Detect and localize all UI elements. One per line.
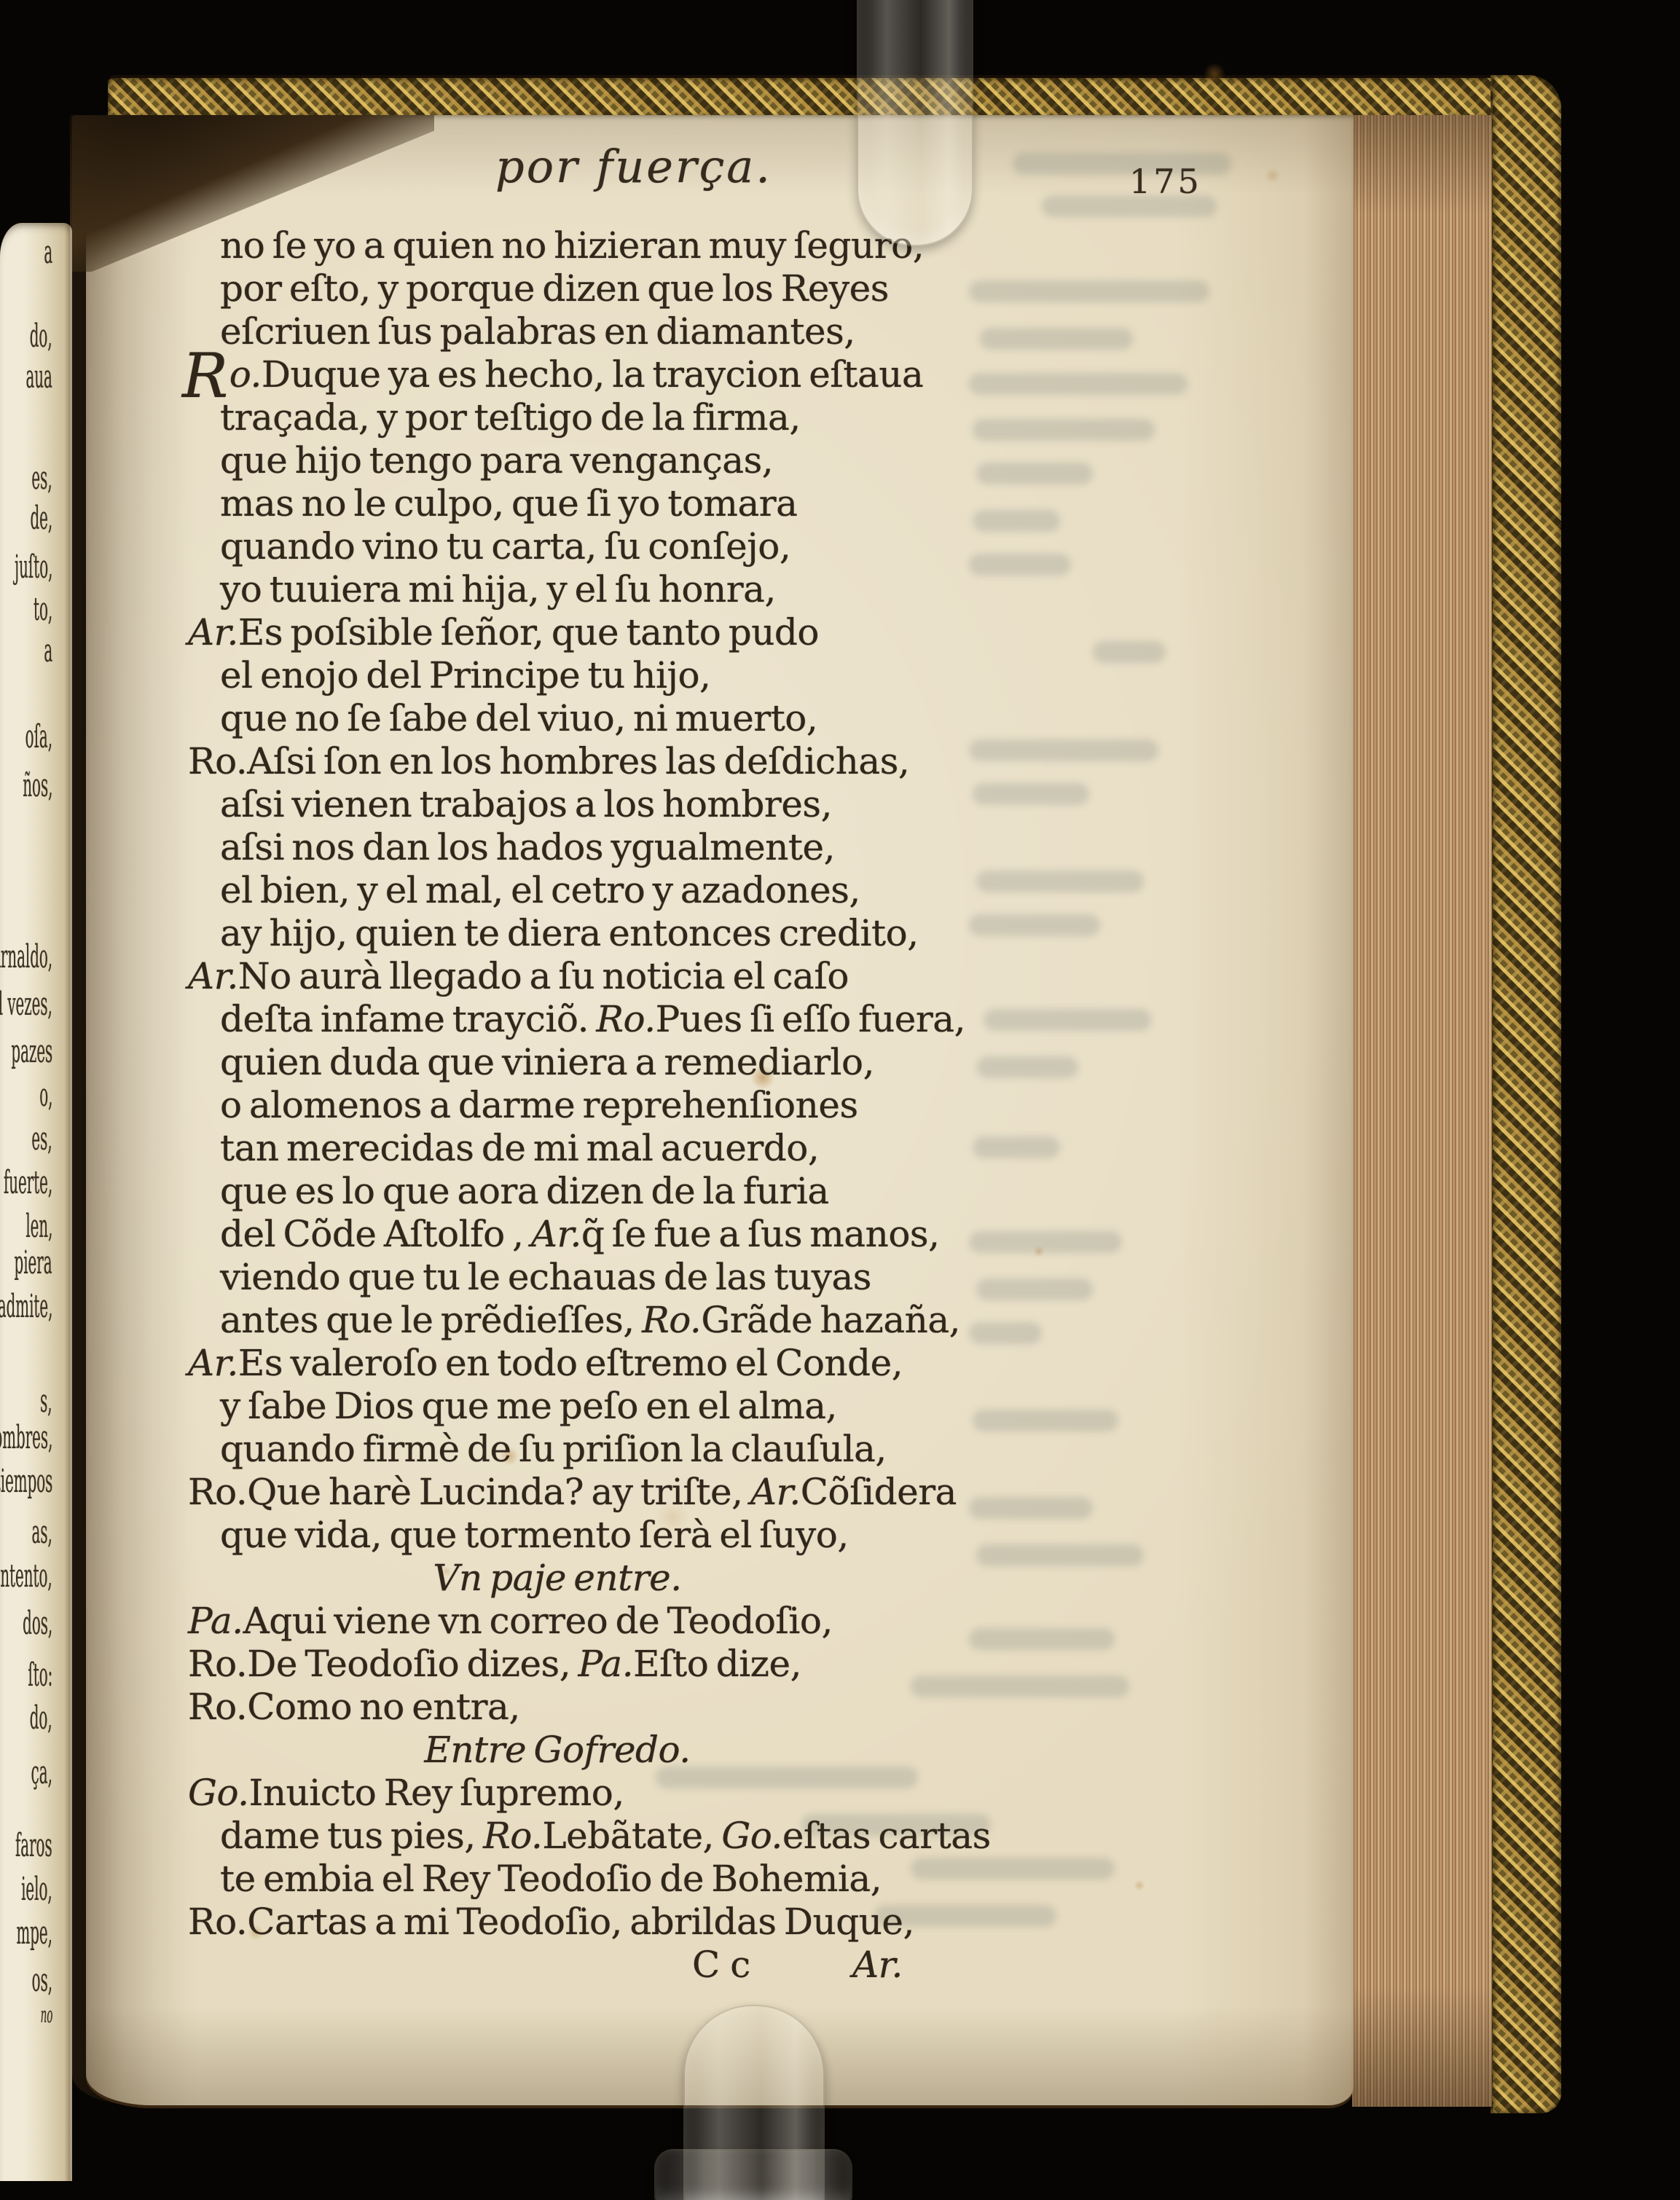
verse-line: o alomenos a darme reprehenſiones: [182, 1084, 1020, 1127]
book-fore-edge: [1352, 115, 1492, 2107]
facing-page-line-fragment: contento,: [0, 1560, 52, 1592]
verse-line: por eſto, y porque dizen que los Reyes: [182, 267, 1020, 310]
verse-text: tan merecidas de mi mal acuerdo,: [220, 1127, 819, 1169]
verse-text: Eſto dize,: [633, 1643, 801, 1685]
facing-page-line-fragment: len,: [25, 1211, 52, 1243]
ink-showthrough: [1093, 641, 1166, 663]
verse-text: o alomenos a darme reprehenſiones: [220, 1084, 858, 1126]
verse-text: Cartas a mi Teodoſio, abrildas Duque,: [247, 1901, 914, 1943]
foxing-spot: [1134, 1879, 1145, 1891]
verse-line: Go.Inuicto Rey ſupremo,: [182, 1772, 1020, 1815]
verse-line: aſsi nos dan los hados ygualmente,: [182, 826, 1020, 869]
verse-line: viendo que tu le echauas de las tuyas: [182, 1256, 1020, 1299]
verse-text: eſcriuen ſus palabras en diamantes,: [220, 310, 855, 353]
verse-text: Ro.: [188, 1643, 247, 1685]
verse-line: que no ſe ſabe del viuo, ni muerto,: [182, 697, 1020, 740]
verse-line: quando vino tu carta, ſu conſejo,: [182, 525, 1020, 568]
verse-text: No aurà llegado a ſu noticia el caſo: [238, 955, 849, 997]
facing-page-line-fragment: ſto:: [28, 1659, 52, 1692]
facing-page-line-fragment: o admite,: [0, 1291, 52, 1323]
facing-page-line-fragment: Arnaldo,: [0, 941, 52, 973]
verse-text: viendo que tu le echauas de las tuyas: [220, 1256, 871, 1298]
speaker-abbreviation: Ar.: [188, 955, 238, 997]
verse-line: y ſabe Dios que me peſo en el alma,: [182, 1385, 1020, 1428]
verse-text: que es lo que aora dizen de la furia: [220, 1170, 829, 1212]
verse-text: que hijo tengo para venganças,: [220, 439, 773, 482]
facing-page-line-fragment: ielo,: [21, 1874, 52, 1906]
verse-text: q̃ ſe fue a ſus manos,: [581, 1213, 940, 1255]
facing-page-line-fragment: faros: [15, 1830, 52, 1862]
verse-text: aſsi vienen trabajos a los hombres,: [220, 783, 832, 825]
verse-text: mas no le culpo, que ſi yo tomara: [220, 482, 798, 525]
verse-line: del Cõde Aſtolfo , Ar.q̃ ſe fue a ſus ma…: [182, 1213, 1020, 1256]
verse-line: traçada, y por teſtigo de la firma,: [182, 396, 1020, 439]
stage-direction: Entre Gofredo.: [182, 1729, 1020, 1772]
verse-line: dame tus pies, Ro.Lebãtate, Go.eſtas car…: [182, 1815, 1020, 1858]
verse-text: el enojo del Principe tu hijo,: [220, 654, 710, 696]
verse-line: el enojo del Principe tu hijo,: [182, 654, 1020, 697]
verse-text: ay hijo, quien te diera entonces credito…: [220, 912, 919, 954]
verse-text: que vida, que tormento ſerà el ſuyo,: [220, 1514, 849, 1556]
verse-text: Inuicto Rey ſupremo,: [249, 1772, 624, 1814]
verse-line: yo tuuiera mi hija, y el ſu honra,: [182, 568, 1020, 611]
facing-page-line-fragment: piera: [15, 1247, 52, 1279]
speaker-abbreviation: Go.: [188, 1772, 249, 1814]
facing-page-line-fragment: a: [44, 635, 52, 667]
facing-page-line-fragment: ça,: [31, 1757, 52, 1789]
facing-page-line-fragment: aua: [26, 361, 52, 393]
verse-text: Grãde hazaña,: [701, 1299, 960, 1341]
verse-text: quando vino tu carta, ſu conſejo,: [220, 525, 790, 567]
facing-page-line-fragment: oſa,: [25, 721, 52, 753]
speaker-abbreviation: Ro.: [642, 1299, 701, 1341]
facing-page-line-fragment: es,: [32, 463, 52, 495]
verse-line: Ro.Duque ya es hecho, la traycion eſtaua: [182, 353, 1020, 396]
verse-text: Ro.: [188, 1686, 247, 1728]
verse-line: el bien, y el mal, el cetro y azadones,: [182, 869, 1020, 912]
speaker-abbreviation: Pa.: [188, 1600, 243, 1642]
verse-line: eſcriuen ſus palabras en diamantes,: [182, 310, 1020, 353]
verse-line: tan merecidas de mi mal acuerdo,: [182, 1127, 1020, 1170]
verse-line: aſsi vienen trabajos a los hombres,: [182, 783, 1020, 826]
verse-line: Ar.Es poſsible ſeñor, que tanto pudo: [182, 611, 1020, 654]
book-cradle-strap-top: [857, 0, 973, 246]
signature-catchword-line: CcAr.: [182, 1944, 1020, 1987]
verse-line: que hijo tengo para venganças,: [182, 439, 1020, 482]
verse-text: Duque ya es hecho, la traycion eſtaua: [262, 353, 923, 396]
verse-text: no ſe yo a quien no hizieran muy ſeguro,: [220, 224, 924, 267]
verse-text: por eſto, y porque dizen que los Reyes: [220, 267, 889, 310]
verse-text: te embia el Rey Teodoſio de Bohemia,: [220, 1858, 882, 1900]
verse-text: Aſsi ſon en los hombres las deſdichas,: [247, 740, 909, 782]
facing-page-line-fragment: pazes: [11, 1036, 52, 1068]
speaker-abbreviation: Go.: [721, 1815, 782, 1857]
verse-text: y ſabe Dios que me peſo en el alma,: [220, 1385, 837, 1427]
verse-text: traçada, y por teſtigo de la firma,: [220, 396, 801, 439]
speaker-abbreviation: Ro.: [483, 1815, 542, 1857]
facing-page-line-fragment: hombres,: [0, 1422, 52, 1454]
book-photograph: ado,auaes,de,juſto,to,aoſa,ños,Arnaldo,i…: [0, 0, 1680, 2200]
foxing-spot: [1033, 1246, 1045, 1257]
signature-mark: Cc: [692, 1944, 761, 1987]
verse-text: dame tus pies,: [220, 1815, 483, 1857]
gilt-binding-border-top: [108, 75, 1507, 119]
speaker-abbreviation: Ar.: [188, 1342, 238, 1384]
verse-line: deſta infame trayciõ. Ro.Pues ſi eſſo fu…: [182, 998, 1020, 1041]
verse-text: Lebãtate,: [542, 1815, 721, 1857]
facing-page-line-fragment: do,: [30, 321, 52, 353]
verse-line: Ro.Que harè Lucinda? ay triſte, Ar.Cõſid…: [182, 1471, 1020, 1514]
verse-text: Que harè Lucinda? ay triſte,: [247, 1471, 750, 1513]
facing-page-line-fragment: s,: [41, 1386, 52, 1418]
verse-line: Ar.Es valeroſo en todo eſtremo el Conde,: [182, 1342, 1020, 1385]
facing-page-line-fragment: ños,: [23, 770, 52, 802]
verse-text: Ro.: [188, 1901, 247, 1943]
verse-text: Cõſidera: [801, 1471, 957, 1513]
speaker-abbreviation: Ro.: [596, 998, 655, 1040]
verse-text: deſta infame trayciõ.: [220, 998, 596, 1040]
speaker-abbreviation: Entre Gofredo.: [424, 1729, 690, 1771]
speaker-abbreviation: Ar.: [750, 1471, 801, 1513]
verse-line: quando firmè de ſu priſion la clauſula,: [182, 1428, 1020, 1471]
facing-page-line-fragment: de,: [30, 503, 52, 535]
verse-line: Pa.Aqui viene vn correo de Teodoſio,: [182, 1600, 1020, 1643]
verse-line: mas no le culpo, que ſi yo tomara: [182, 482, 1020, 525]
verse-line: ay hijo, quien te diera entonces credito…: [182, 912, 1020, 955]
verse-line: quien duda que viniera a remediarlo,: [182, 1041, 1020, 1084]
running-title: por fuerça.: [466, 140, 801, 193]
verse-text: Como no entra,: [247, 1686, 519, 1728]
verse-text: antes que le prẽdieſſes,: [220, 1299, 642, 1341]
speaker-abbreviation: Vn paje entre.: [433, 1557, 681, 1599]
book-cradle-strap-bottom-base: [654, 2149, 852, 2200]
verse-text: quien duda que viniera a remediarlo,: [220, 1041, 874, 1083]
verse-line: Ro.Aſsi ſon en los hombres las deſdichas…: [182, 740, 1020, 783]
verse-text: Es valeroſo en todo eſtremo el Conde,: [238, 1342, 903, 1384]
verse-text-block: no ſe yo a quien no hizieran muy ſeguro,…: [182, 224, 1020, 1987]
gilt-binding-border-right: [1491, 75, 1561, 2113]
speaker-abbreviation: o.: [229, 353, 262, 396]
verse-text: Ro.: [188, 1471, 247, 1513]
speaker-abbreviation: Ar.: [531, 1213, 581, 1255]
verse-text: Es poſsible ſeñor, que tanto pudo: [238, 611, 819, 653]
verse-text: De Teodoſio dizes,: [247, 1643, 578, 1685]
facing-page-line-fragment: do,: [30, 1702, 52, 1735]
verse-text: aſsi nos dan los hados ygualmente,: [220, 826, 835, 868]
verse-line: Ro.De Teodoſio dizes, Pa.Eſto dize,: [182, 1643, 1020, 1686]
catchword: Ar.: [852, 1944, 903, 1987]
facing-page-line-fragment: dos,: [23, 1608, 52, 1640]
verse-text: Pues ſi eſſo fuera,: [656, 998, 965, 1040]
facing-page-line-fragment: no: [40, 2005, 52, 2027]
foxing-spot: [1265, 168, 1281, 184]
verse-line: que es lo que aora dizen de la furia: [182, 1170, 1020, 1213]
facing-page-line-fragment: as,: [32, 1517, 52, 1549]
verse-text: yo tuuiera mi hija, y el ſu honra,: [220, 568, 776, 610]
foxing-spot: [1204, 63, 1225, 85]
speaker-abbreviation: Pa.: [578, 1643, 633, 1685]
facing-page-line-fragment: os,: [32, 1965, 52, 1997]
facing-page-line-fragment: il vezes,: [0, 989, 52, 1021]
verse-text: que no ſe ſabe del viuo, ni muerto,: [220, 697, 817, 739]
facing-page-line-fragment: to,: [34, 594, 52, 626]
verse-text: Ro.: [188, 740, 247, 782]
verse-text: el bien, y el mal, el cetro y azadones,: [220, 869, 860, 911]
facing-page-line-fragment: o,: [39, 1080, 52, 1112]
facing-page-edge: ado,auaes,de,juſto,to,aoſa,ños,Arnaldo,i…: [0, 223, 72, 2181]
verse-text: quando firmè de ſu priſion la clauſula,: [220, 1428, 887, 1470]
verse-text: del Cõde Aſtolfo ,: [220, 1213, 531, 1255]
verse-text: Aqui viene vn correo de Teodoſio,: [243, 1600, 833, 1642]
verse-line: antes que le prẽdieſſes, Ro.Grãde hazaña…: [182, 1299, 1020, 1342]
verse-line: te embia el Rey Teodoſio de Bohemia,: [182, 1858, 1020, 1901]
facing-page-line-fragment: juſto,: [15, 551, 52, 584]
verse-line: Ro.Cartas a mi Teodoſio, abrildas Duque,: [182, 1901, 1020, 1944]
facing-page-line-fragment: a: [44, 237, 52, 269]
speaker-abbreviation: Ar.: [188, 611, 238, 653]
page-number: 175: [1129, 162, 1202, 201]
facing-page-line-fragment: s tiempos: [0, 1466, 52, 1498]
facing-page-line-fragment: mpe,: [17, 1917, 52, 1949]
verse-line: que vida, que tormento ſerà el ſuyo,: [182, 1514, 1020, 1557]
verse-text: eſtas cartas: [782, 1815, 991, 1857]
verse-line: Ro.Como no entra,: [182, 1686, 1020, 1729]
facing-page-line-fragment: es,: [32, 1123, 52, 1155]
stage-direction: Vn paje entre.: [182, 1557, 1020, 1600]
facing-page-line-fragment: ſſa fuerte,: [0, 1167, 52, 1199]
verse-line: Ar.No aurà llegado a ſu noticia el caſo: [182, 955, 1020, 998]
